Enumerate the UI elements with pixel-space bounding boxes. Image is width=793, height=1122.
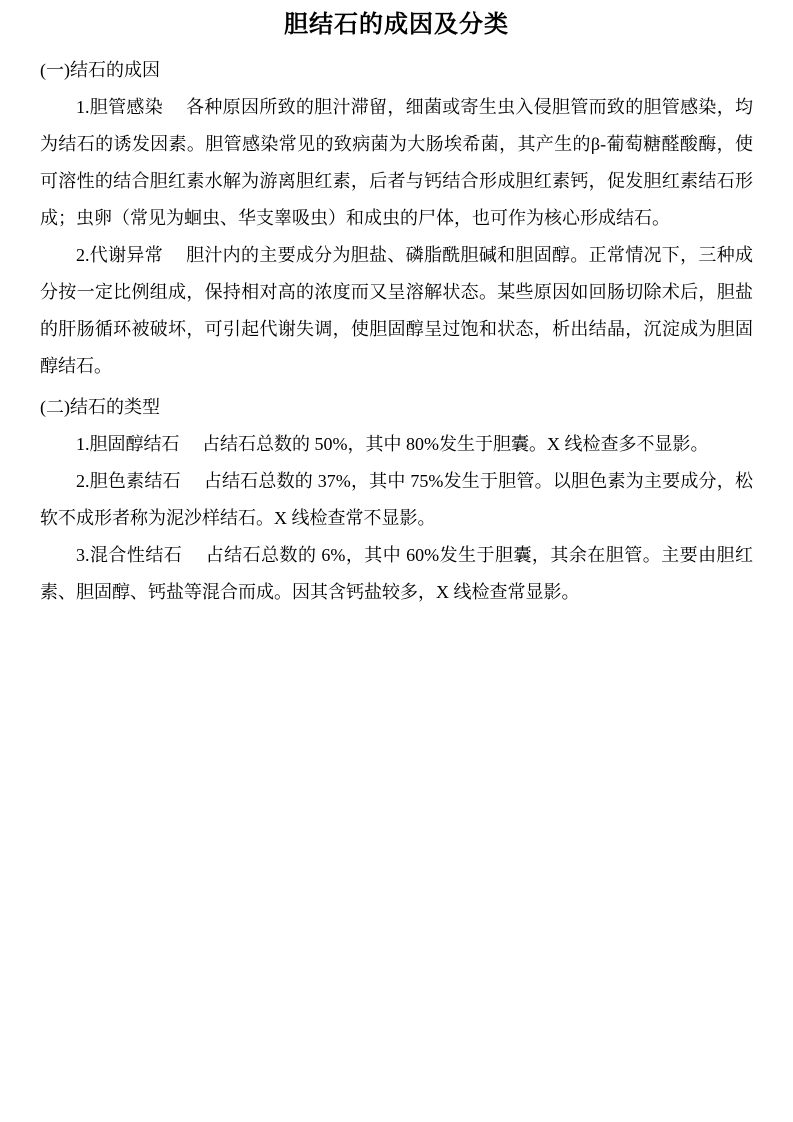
document-title: 胆结石的成因及分类: [40, 8, 753, 42]
section-heading-causes: (一)结石的成因: [40, 52, 753, 89]
document-page: 胆结石的成因及分类 (一)结石的成因 1.胆管感染 各种原因所致的胆汁滞留，细菌…: [0, 0, 793, 1122]
paragraph-cholesterol-stone: 1.胆固醇结石 占结石总数的 50%，其中 80%发生于胆囊。X 线检查多不显影…: [40, 426, 753, 463]
paragraph-bile-duct-infection: 1.胆管感染 各种原因所致的胆汁滞留，细菌或寄生虫入侵胆管而致的胆管感染，均为结…: [40, 89, 753, 237]
paragraph-pigment-stone: 2.胆色素结石 占结石总数的 37%，其中 75%发生于胆管。以胆色素为主要成分…: [40, 463, 753, 537]
section-stone-types: (二)结石的类型 1.胆固醇结石 占结石总数的 50%，其中 80%发生于胆囊。…: [40, 389, 753, 611]
paragraph-metabolic-abnormality: 2.代谢异常 胆汁内的主要成分为胆盐、磷脂酰胆碱和胆固醇。正常情况下，三种成分按…: [40, 237, 753, 385]
section-stone-causes: (一)结石的成因 1.胆管感染 各种原因所致的胆汁滞留，细菌或寄生虫入侵胆管而致…: [40, 52, 753, 385]
paragraph-mixed-stone: 3.混合性结石 占结石总数的 6%，其中 60%发生于胆囊，其余在胆管。主要由胆…: [40, 537, 753, 611]
section-heading-types: (二)结石的类型: [40, 389, 753, 426]
